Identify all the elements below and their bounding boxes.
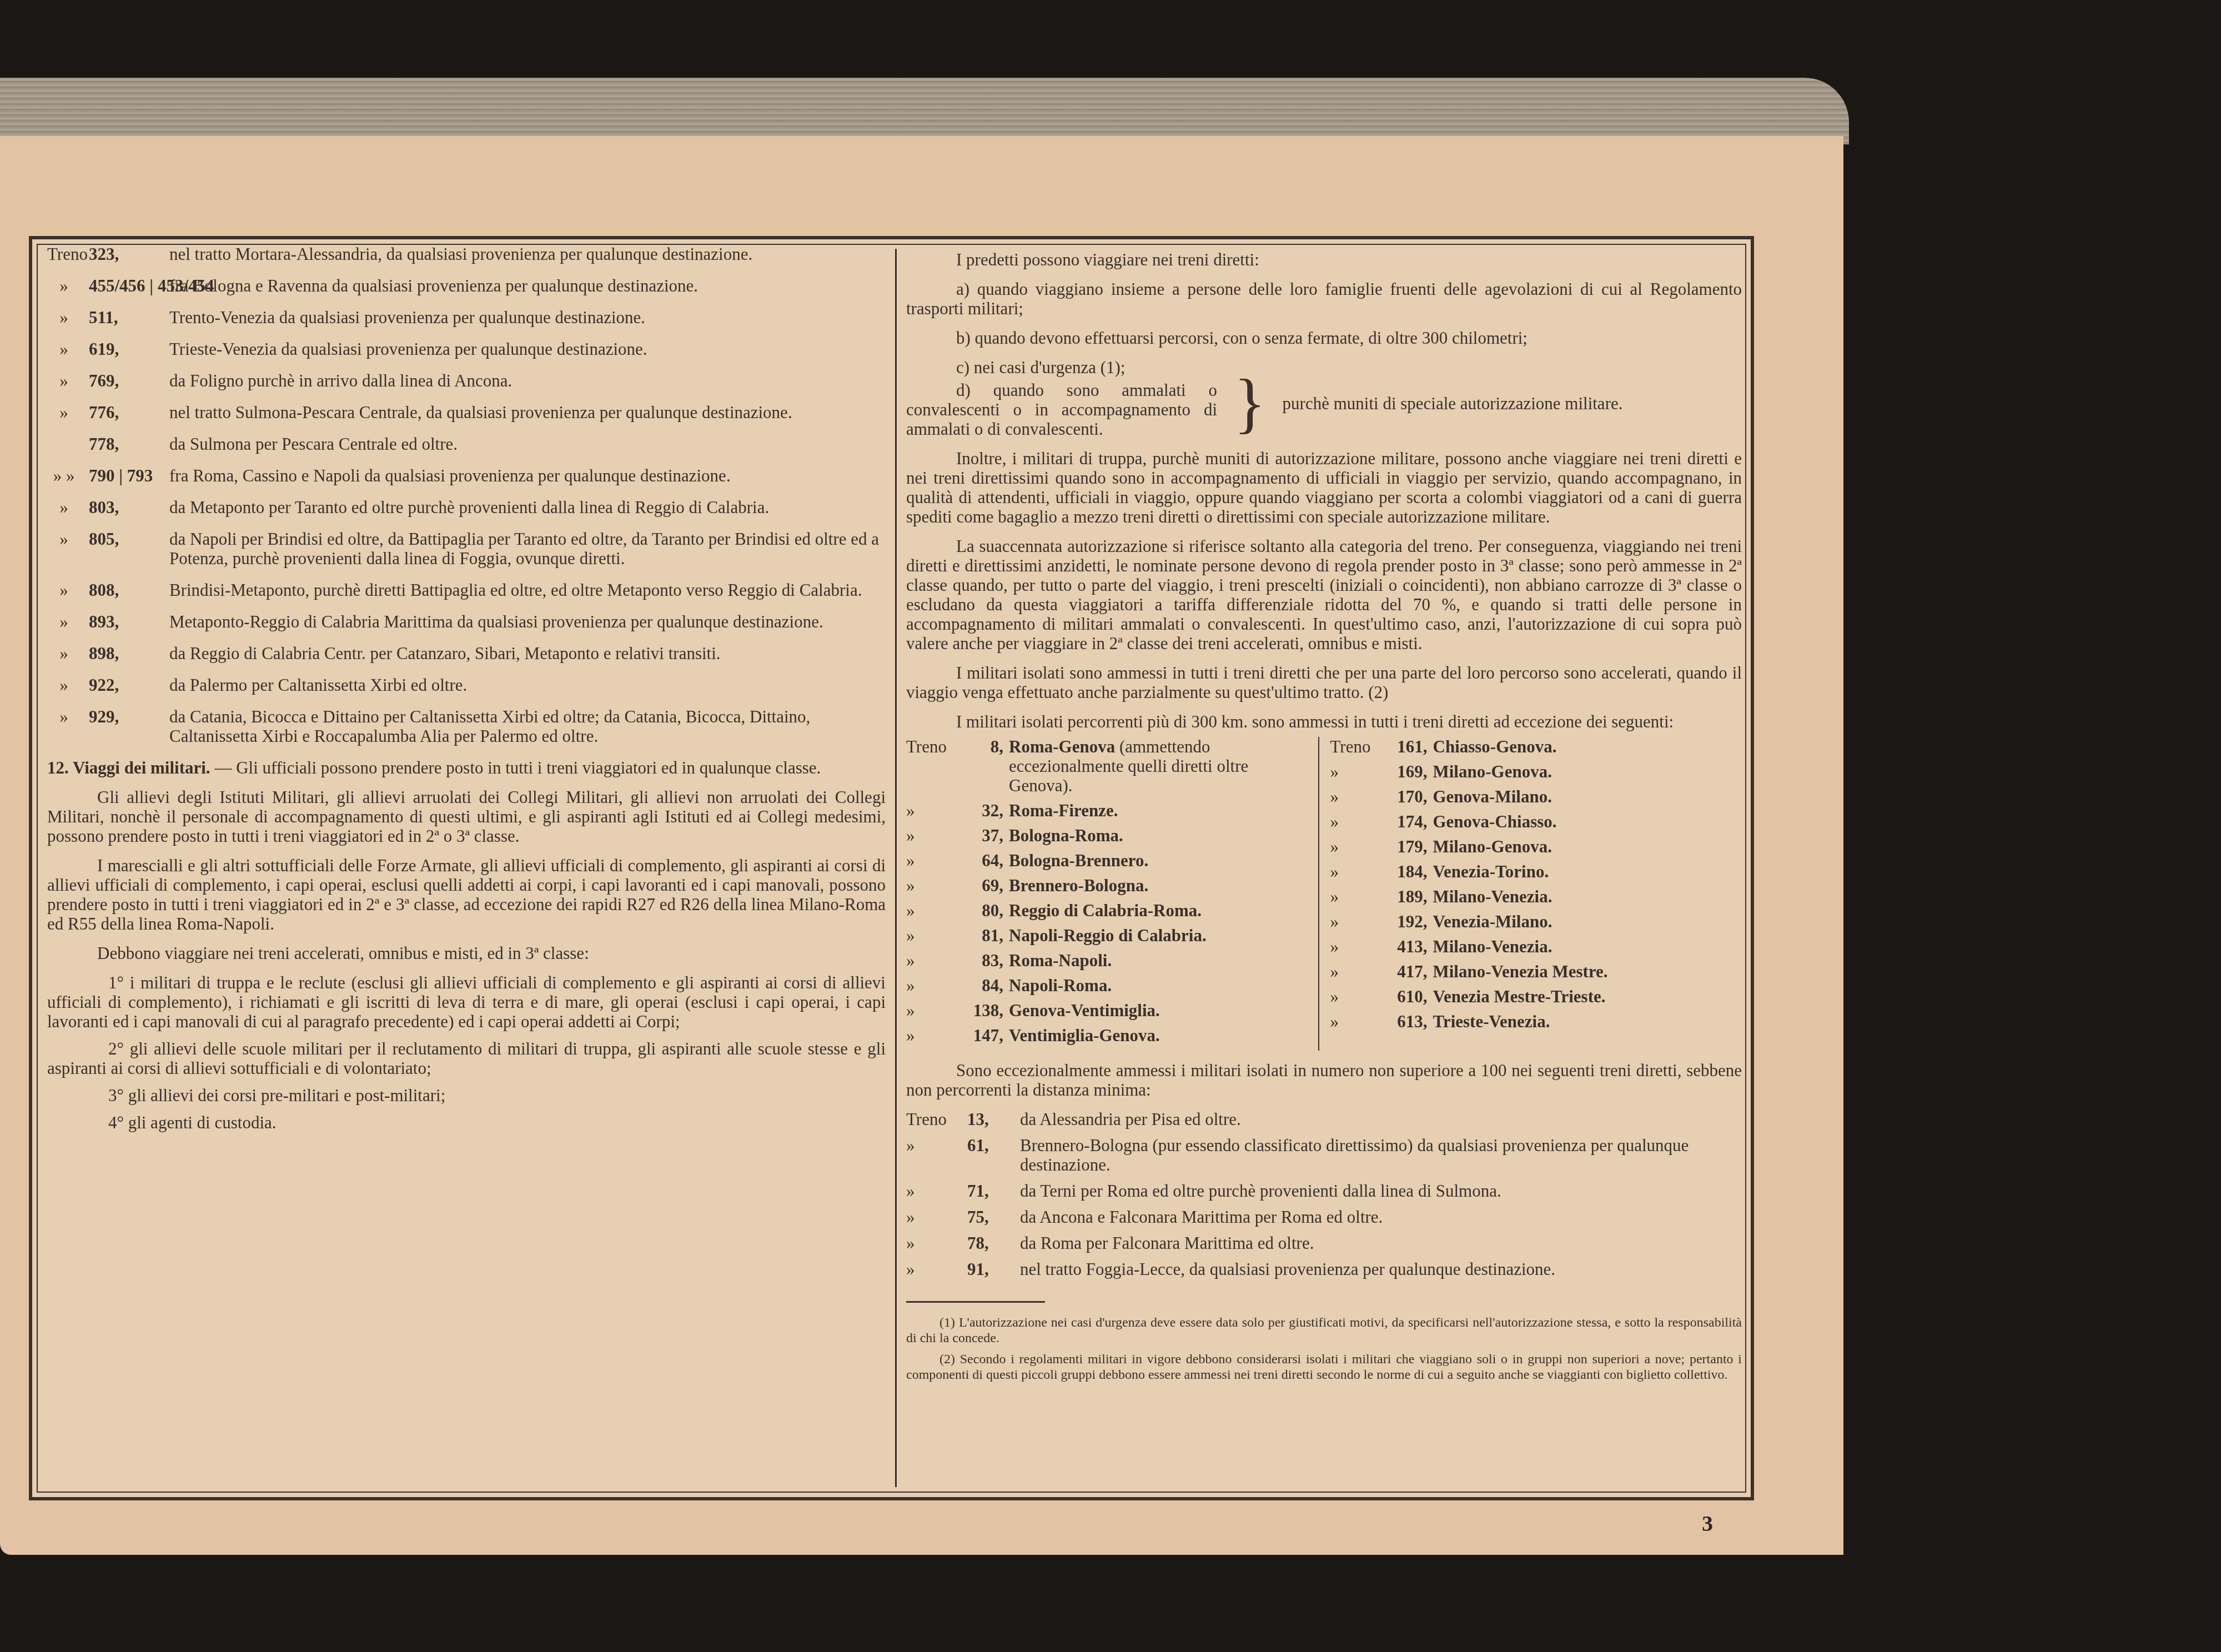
column-divider	[895, 249, 897, 1487]
train-number: 898,	[89, 644, 119, 663]
paragraph-isolati: I militari isolati sono ammessi in tutti…	[906, 663, 1742, 702]
train-route: Roma-Napoli.	[1009, 951, 1313, 970]
entry-prefix: »	[47, 644, 81, 663]
exceptional-train-row: »61,Brennero-Bologna (pur essendo classi…	[906, 1136, 1742, 1174]
train-number: 174,	[1391, 812, 1428, 831]
train-route: Trieste-Venezia.	[1433, 1012, 1737, 1031]
footnote-2: (2) Secondo i regolamenti militari in vi…	[906, 1352, 1742, 1383]
excluded-train-row: »610,Venezia Mestre-Trieste.	[1330, 987, 1737, 1006]
paragraph-300km: I militari isolati percorrenti più di 30…	[906, 712, 1742, 731]
excluded-train-row: »80,Reggio di Calabria-Roma.	[906, 901, 1313, 920]
excluded-train-row: »169,Milano-Genova.	[1330, 762, 1737, 781]
footnote-1: (1) L'autorizzazione nei casi d'urgenza …	[906, 1315, 1742, 1346]
train-text: nel tratto Foggia-Lecce, da qualsiasi pr…	[1020, 1259, 1555, 1279]
train-route: Milano-Genova.	[1433, 837, 1737, 856]
train-route: Reggio di Calabria-Roma.	[1009, 901, 1313, 920]
book-page-edges	[0, 78, 1849, 144]
list-item-2: 2° gli allievi delle scuole militari per…	[47, 1039, 886, 1078]
train-route: Roma-Genova (ammettendo eccezionalmente …	[1009, 737, 1313, 795]
page-number: 3	[1702, 1510, 1713, 1536]
train-entry: 778,da Sulmona per Pescara Centrale ed o…	[47, 434, 886, 454]
train-entry: »929,da Catania, Bicocca e Dittaino per …	[47, 707, 886, 746]
entry-prefix: »	[47, 308, 81, 327]
entry-prefix: Treno	[47, 244, 81, 264]
entry-prefix: »	[47, 339, 81, 359]
train-number: 37,	[967, 826, 1003, 845]
brace-note: purchè muniti di speciale autorizzazione…	[1283, 394, 1671, 413]
exceptional-train-row: »78,da Roma per Falconara Marittima ed o…	[906, 1233, 1742, 1253]
excluded-train-row: »69,Brennero-Bologna.	[906, 876, 1313, 895]
train-route: Milano-Venezia.	[1433, 937, 1737, 956]
excluded-train-row: »81,Napoli-Reggio di Calabria.	[906, 926, 1313, 945]
row-label: »	[906, 951, 967, 970]
entry-prefix: »	[47, 612, 81, 631]
train-number: 619,	[89, 339, 119, 359]
train-entry: »898,da Reggio di Calabria Centr. per Ca…	[47, 644, 886, 663]
train-route: Milano-Genova.	[1433, 762, 1737, 781]
train-number: 75,	[967, 1207, 1014, 1227]
train-number: 769,	[89, 371, 119, 390]
row-label: Treno	[1330, 737, 1391, 756]
excluded-train-row: »32,Roma-Firenze.	[906, 801, 1313, 820]
excluded-train-row: »84,Napoli-Roma.	[906, 976, 1313, 995]
row-label: »	[906, 851, 967, 870]
section-heading: 12. Viaggi dei militari.	[47, 758, 210, 777]
entry-text: nel tratto Sulmona-Pescara Centrale, da …	[169, 403, 886, 422]
train-number: 71,	[967, 1181, 1014, 1201]
train-entry: »455/456 | 453/454fra Bologna e Ravenna …	[47, 276, 886, 295]
train-text: da Ancona e Falconara Marittima per Roma…	[1020, 1207, 1383, 1227]
train-number: 192,	[1391, 912, 1428, 931]
entry-text: da Foligno purchè in arrivo dalla linea …	[169, 371, 886, 390]
excluded-train-row: »170,Genova-Milano.	[1330, 787, 1737, 806]
excluded-train-row: »147,Ventimiglia-Genova.	[906, 1026, 1313, 1045]
exceptional-train-row: Treno13,da Alessandria per Pisa ed oltre…	[906, 1109, 1742, 1129]
condition-d: d) quando sono ammalati o convalescenti …	[906, 380, 1217, 439]
row-label: »	[1330, 962, 1391, 981]
list-item-4: 4° gli agenti di custodia.	[47, 1113, 886, 1132]
train-number: 189,	[1391, 887, 1428, 906]
train-route: Chiasso-Genova.	[1433, 737, 1737, 756]
train-entry: »769,da Foligno purchè in arrivo dalla l…	[47, 371, 886, 390]
train-number: 78,	[967, 1233, 1014, 1253]
train-route: Ventimiglia-Genova.	[1009, 1026, 1313, 1045]
row-label: »	[1330, 862, 1391, 881]
train-number: 64,	[967, 851, 1003, 870]
excluded-train-row: »64,Bologna-Brennero.	[906, 851, 1313, 870]
train-number: 613,	[1391, 1012, 1428, 1031]
train-number: 893,	[89, 612, 119, 631]
train-route: Bologna-Roma.	[1009, 826, 1313, 845]
list-item-3: 3° gli allievi dei corsi pre-militari e …	[47, 1086, 886, 1105]
train-number: 808,	[89, 580, 119, 600]
excluded-train-row: »37,Bologna-Roma.	[906, 826, 1313, 845]
train-text: da Alessandria per Pisa ed oltre.	[1020, 1109, 1241, 1129]
list-item-1: 1° i militari di truppa e le reclute (es…	[47, 973, 886, 1031]
row-label: »	[1330, 937, 1391, 956]
train-route: Venezia-Torino.	[1433, 862, 1737, 881]
excluded-train-row: Treno8,Roma-Genova (ammettendo ecceziona…	[906, 737, 1313, 795]
excluded-train-row: »184,Venezia-Torino.	[1330, 862, 1737, 881]
row-label: »	[906, 1259, 967, 1279]
train-text: da Roma per Falconara Marittima ed oltre…	[1020, 1233, 1314, 1253]
paragraph-suaccennata: La suaccennata autorizzazione si riferis…	[906, 536, 1742, 653]
train-number: 179,	[1391, 837, 1428, 856]
train-route: Genova-Chiasso.	[1433, 812, 1737, 831]
train-number: 929,	[89, 707, 119, 726]
train-number: 610,	[1391, 987, 1428, 1006]
row-label: »	[1330, 912, 1391, 931]
excluded-train-row: »179,Milano-Genova.	[1330, 837, 1737, 856]
row-label: »	[1330, 837, 1391, 856]
train-route: Napoli-Roma.	[1009, 976, 1313, 995]
train-number: 323,	[89, 244, 119, 264]
train-route: Brennero-Bologna.	[1009, 876, 1313, 895]
paragraph-inoltre: Inoltre, i militari di truppa, purchè mu…	[906, 449, 1742, 526]
excluded-trains-table: Treno8,Roma-Genova (ammettendo ecceziona…	[906, 737, 1742, 1051]
train-entry: »803,da Metaponto per Taranto ed oltre p…	[47, 498, 886, 517]
train-entry: »808,Brindisi-Metaponto, purchè diretti …	[47, 580, 886, 600]
train-number: 778,	[89, 434, 119, 454]
condition-a: a) quando viaggiano insieme a persone de…	[906, 279, 1742, 318]
excluded-train-row: »138,Genova-Ventimiglia.	[906, 1001, 1313, 1020]
entry-text: nel tratto Mortara-Alessandria, da quals…	[169, 244, 886, 264]
route-note: (ammettendo eccezionalmente quelli diret…	[1009, 737, 1248, 795]
train-number: 922,	[89, 675, 119, 695]
entry-prefix: »	[47, 403, 81, 422]
brace-symbol: }	[1234, 370, 1266, 436]
row-label: »	[1330, 1012, 1391, 1031]
train-route: Venezia-Milano.	[1433, 912, 1737, 931]
train-number: 803,	[89, 498, 119, 517]
row-label: »	[1330, 787, 1391, 806]
entry-text: da Reggio di Calabria Centr. per Catanza…	[169, 644, 886, 663]
entry-text: da Metaponto per Taranto ed oltre purchè…	[169, 498, 886, 517]
train-number: 790 | 793	[89, 466, 153, 485]
train-number: 69,	[967, 876, 1003, 895]
entry-text: da Napoli per Brindisi ed oltre, da Batt…	[169, 529, 886, 568]
train-number: 83,	[967, 951, 1003, 970]
paragraph-predetti: I predetti possono viaggiare nei treni d…	[906, 250, 1742, 269]
train-route: Napoli-Reggio di Calabria.	[1009, 926, 1313, 945]
row-label: »	[906, 1001, 967, 1020]
entry-text: fra Bologna e Ravenna da qualsiasi prove…	[169, 276, 886, 295]
train-number: 511,	[89, 308, 118, 327]
entry-prefix: »	[47, 580, 81, 600]
train-route: Genova-Ventimiglia.	[1009, 1001, 1313, 1020]
train-number: 170,	[1391, 787, 1428, 806]
train-route: Genova-Milano.	[1433, 787, 1737, 806]
entry-prefix: »	[47, 675, 81, 695]
entry-text: Trento-Venezia da qualsiasi provenienza …	[169, 308, 886, 327]
entry-prefix: »	[47, 529, 81, 549]
train-entry: »619,Trieste-Venezia da qualsiasi proven…	[47, 339, 886, 359]
row-label: »	[1330, 887, 1391, 906]
train-number: 161,	[1391, 737, 1428, 756]
train-number: 32,	[967, 801, 1003, 820]
train-number: 776,	[89, 403, 119, 422]
footnote-rule	[906, 1301, 1045, 1303]
entry-prefix: »	[47, 276, 81, 295]
train-number: 184,	[1391, 862, 1428, 881]
condition-b: b) quando devono effettuarsi percorsi, c…	[906, 328, 1742, 348]
row-label: Treno	[906, 1109, 967, 1129]
train-text: Brennero-Bologna (pur essendo classifica…	[1020, 1136, 1689, 1174]
section-12-intro: 12. Viaggi dei militari. — Gli ufficiali…	[47, 758, 886, 777]
excluded-train-row: »174,Genova-Chiasso.	[1330, 812, 1737, 831]
entry-text: fra Roma, Cassino e Napoli da qualsiasi …	[169, 466, 886, 485]
row-label: »	[906, 826, 967, 845]
entry-prefix: » »	[47, 466, 81, 485]
exceptional-train-row: »75,da Ancona e Falconara Marittima per …	[906, 1207, 1742, 1227]
entry-prefix: »	[47, 498, 81, 517]
train-entry: »511,Trento-Venezia da qualsiasi proveni…	[47, 308, 886, 327]
train-number: 61,	[967, 1136, 1014, 1155]
entry-text: Metaponto-Reggio di Calabria Marittima d…	[169, 612, 886, 631]
conditions-cd-group: c) nei casi d'urgenza (1); d) quando son…	[906, 358, 1742, 449]
excluded-train-row: Treno161,Chiasso-Genova.	[1330, 737, 1737, 756]
train-entry: » »790 | 793fra Roma, Cassino e Napoli d…	[47, 466, 886, 485]
train-route: Venezia Mestre-Trieste.	[1433, 987, 1737, 1006]
excluded-trains-right: Treno161,Chiasso-Genova.»169,Milano-Geno…	[1318, 737, 1742, 1051]
train-number: 147,	[967, 1026, 1003, 1045]
row-label: »	[906, 1207, 967, 1227]
train-text: da Terni per Roma ed oltre purchè proven…	[1020, 1181, 1501, 1201]
entry-text: da Palermo per Caltanissetta Xirbi ed ol…	[169, 675, 886, 695]
left-column: Treno323,nel tratto Mortara-Alessandria,…	[47, 244, 886, 1140]
entry-prefix: »	[47, 371, 81, 390]
excluded-train-row: »192,Venezia-Milano.	[1330, 912, 1737, 931]
entry-text: da Catania, Bicocca e Dittaino per Calta…	[169, 707, 886, 746]
paragraph-debbono: Debbono viaggiare nei treni accelerati, …	[47, 943, 886, 963]
train-entry: Treno323,nel tratto Mortara-Alessandria,…	[47, 244, 886, 264]
paragraph-allievi: Gli allievi degli Istituti Militari, gli…	[47, 787, 886, 846]
train-number: 81,	[967, 926, 1003, 945]
train-number: 413,	[1391, 937, 1428, 956]
train-number: 91,	[967, 1259, 1014, 1279]
train-number: 8,	[967, 737, 1003, 795]
excluded-train-row: »413,Milano-Venezia.	[1330, 937, 1737, 956]
train-number: 13,	[967, 1109, 1014, 1129]
excluded-trains-left: Treno8,Roma-Genova (ammettendo ecceziona…	[906, 737, 1318, 1051]
row-label: »	[906, 876, 967, 895]
row-label: »	[906, 1136, 967, 1155]
entry-text: da Sulmona per Pescara Centrale ed oltre…	[169, 434, 886, 454]
condition-c: c) nei casi d'urgenza (1);	[906, 358, 1217, 377]
entry-text: Trieste-Venezia da qualsiasi provenienza…	[169, 339, 886, 359]
row-label: »	[1330, 987, 1391, 1006]
train-entries-list: Treno323,nel tratto Mortara-Alessandria,…	[47, 244, 886, 746]
row-label: »	[906, 1181, 967, 1201]
exceptional-train-row: »71,da Terni per Roma ed oltre purchè pr…	[906, 1181, 1742, 1201]
train-number: 138,	[967, 1001, 1003, 1020]
train-entry: »776,nel tratto Sulmona-Pescara Centrale…	[47, 403, 886, 422]
excluded-train-row: »189,Milano-Venezia.	[1330, 887, 1737, 906]
row-label: »	[906, 1026, 967, 1045]
train-number: 805,	[89, 529, 119, 549]
train-route: Milano-Venezia.	[1433, 887, 1737, 906]
excluded-train-row: »613,Trieste-Venezia.	[1330, 1012, 1737, 1031]
train-entry: »805,da Napoli per Brindisi ed oltre, da…	[47, 529, 886, 568]
row-label: »	[1330, 812, 1391, 831]
train-route: Roma-Firenze.	[1009, 801, 1313, 820]
excluded-train-row: »417,Milano-Venezia Mestre.	[1330, 962, 1737, 981]
train-route: Milano-Venezia Mestre.	[1433, 962, 1737, 981]
train-number: 417,	[1391, 962, 1428, 981]
exceptional-trains-list: Treno13,da Alessandria per Pisa ed oltre…	[906, 1109, 1742, 1279]
train-entry: »922,da Palermo per Caltanissetta Xirbi …	[47, 675, 886, 695]
right-column: I predetti possono viaggiare nei treni d…	[906, 250, 1742, 1388]
train-entry: »893,Metaponto-Reggio di Calabria Maritt…	[47, 612, 886, 631]
train-number: 80,	[967, 901, 1003, 920]
paragraph-marescialli: I marescialli e gli altri sottufficiali …	[47, 856, 886, 933]
train-number: 455/456 | 453/454	[89, 276, 214, 295]
row-label: »	[906, 901, 967, 920]
entry-text: Brindisi-Metaponto, purchè diretti Batti…	[169, 580, 886, 600]
row-label: »	[906, 926, 967, 945]
row-label: »	[906, 976, 967, 995]
row-label: Treno	[906, 737, 967, 795]
row-label: »	[906, 1233, 967, 1253]
entry-prefix: »	[47, 707, 81, 726]
train-route: Bologna-Brennero.	[1009, 851, 1313, 870]
paragraph-eccezionalmente: Sono eccezionalmente ammessi i militari …	[906, 1061, 1742, 1099]
row-label: »	[1330, 762, 1391, 781]
train-number: 84,	[967, 976, 1003, 995]
exceptional-train-row: »91,nel tratto Foggia-Lecce, da qualsias…	[906, 1259, 1742, 1279]
excluded-train-row: »83,Roma-Napoli.	[906, 951, 1313, 970]
train-number: 169,	[1391, 762, 1428, 781]
row-label: »	[906, 801, 967, 820]
